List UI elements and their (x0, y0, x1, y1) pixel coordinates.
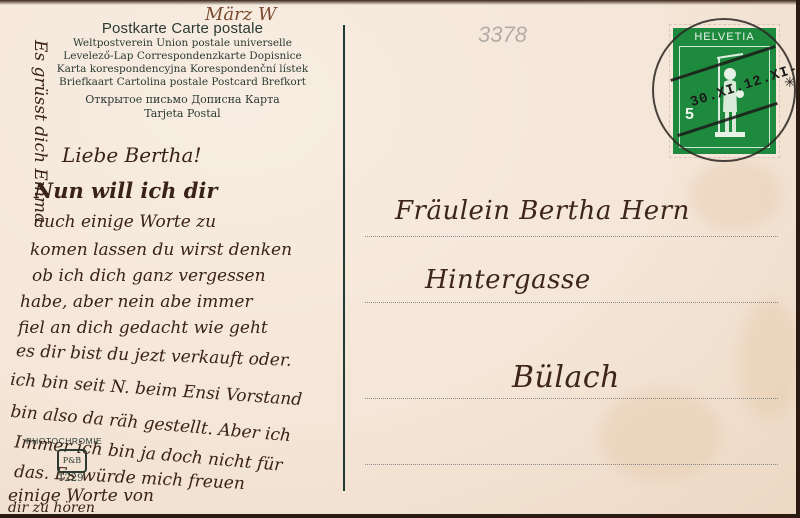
message-line: fiel an dich gedacht wie geht (18, 318, 268, 338)
card-edge (0, 0, 800, 5)
archive-number: 3378 (478, 22, 527, 48)
stain (740, 300, 797, 420)
card-edge (0, 514, 800, 518)
handwritten-top-note: März W (205, 4, 276, 25)
message-line: habe, aber nein abe immer (20, 292, 253, 312)
header-title: Postkarte Carte postale (20, 20, 345, 37)
message-line: ich bin seit N. beim Ensi Vorstand (10, 370, 303, 410)
stain (690, 160, 780, 230)
printed-header: Postkarte Carte postale Weltpostverein U… (20, 20, 345, 121)
address-dotted-line (365, 302, 778, 303)
address-dotted-line (365, 398, 778, 399)
center-divider (343, 25, 345, 491)
printer-logo: P&B (57, 449, 87, 473)
address-city: Bülach (512, 360, 620, 395)
header-line: Levelező-Lap Correspondenzkarte Dopisnic… (20, 50, 345, 63)
message-line: komen lassen du wirst denken (30, 240, 292, 260)
printer-number: 1229 (58, 473, 83, 484)
message-line: ob ich dich ganz vergessen (32, 266, 266, 286)
printer-label: PHOTOCHROMIE (26, 436, 102, 446)
postcard-back: Postkarte Carte postale Weltpostverein U… (0, 0, 797, 514)
stain (600, 390, 720, 480)
card-edge (796, 0, 800, 518)
postmark-star-icon: ✳ (784, 75, 796, 91)
message-line: auch einige Worte zu (34, 212, 216, 232)
message-line: es dir bist du jezt verkauft oder. (16, 341, 292, 371)
message-line: dir zu hören (8, 500, 95, 514)
header-spanish: Tarjeta Postal (20, 107, 345, 121)
address-street: Hintergasse (425, 265, 591, 295)
address-recipient: Fräulein Bertha Hern (395, 196, 690, 226)
message-line: Nun will ich dir (34, 178, 217, 203)
header-line: Karta korespondencyjna Korespondenční lí… (20, 63, 345, 76)
header-line: Briefkaart Cartolina postale Postcard Br… (20, 76, 345, 89)
address-dotted-line (365, 236, 778, 237)
header-russian: Открытое письмо Дописна Карта (20, 92, 345, 107)
address-dotted-line (365, 464, 778, 465)
greeting: Liebe Bertha! (62, 143, 201, 167)
margin-note: Es grüsst dich Emma (30, 40, 50, 300)
header-union: Weltpostverein Union postale universelle (20, 37, 345, 50)
